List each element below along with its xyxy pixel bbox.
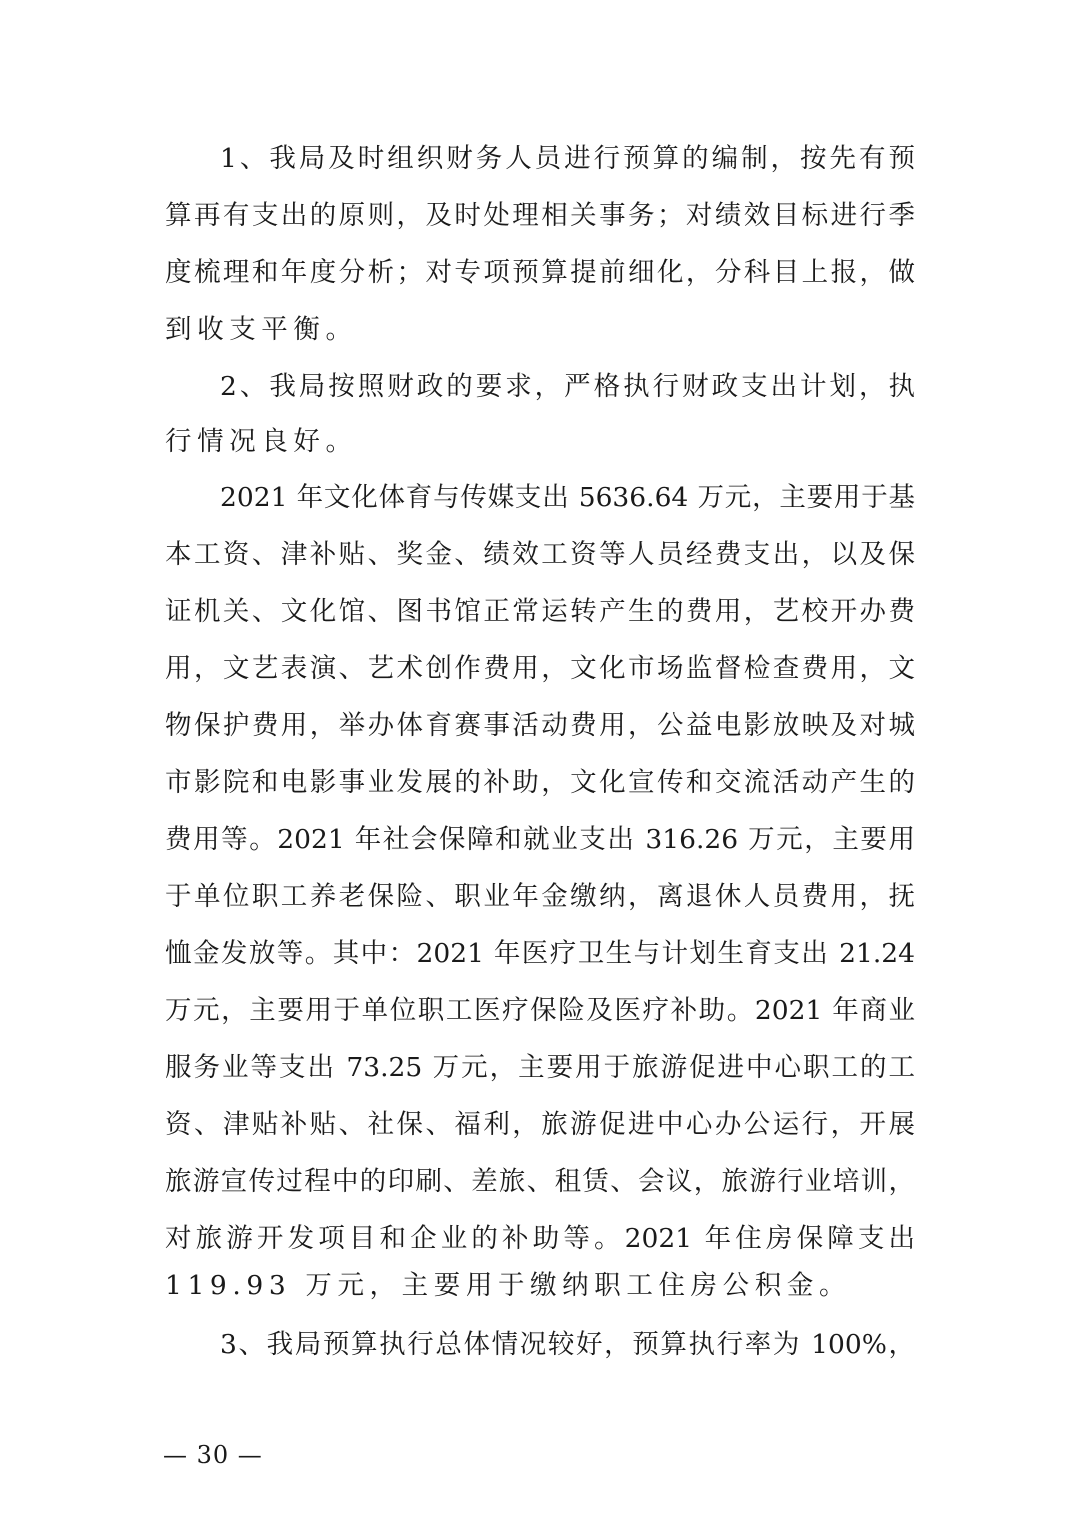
document-page: 1、我局及时组织财务人员进行预算的编制，按先有预 算再有支出的原则，及时处理相关… <box>0 0 1074 1520</box>
paragraph-3-line-9: 恤金发放等。其中：2021 年医疗卫生与计划生育支出 21.24 <box>165 934 915 974</box>
paragraph-3-line-13: 旅游宣传过程中的印刷、差旅、租赁、会议，旅游行业培训， <box>165 1162 915 1202</box>
paragraph-3-line-6: 市影院和电影事业发展的补助，文化宣传和交流活动产生的 <box>165 763 915 803</box>
paragraph-3-line-8: 于单位职工养老保险、职业年金缴纳，离退休人员费用，抚 <box>165 877 915 917</box>
paragraph-1-line-3: 度梳理和年度分析；对专项预算提前细化，分科目上报，做 <box>165 253 915 293</box>
paragraph-2-line-1: 2、我局按照财政的要求，严格执行财政支出计划，执 <box>220 367 915 407</box>
paragraph-3-line-11: 服务业等支出 73.25 万元，主要用于旅游促进中心职工的工 <box>165 1048 915 1088</box>
paragraph-3-line-1: 2021 年文化体育与传媒支出 5636.64 万元，主要用于基 <box>220 478 915 518</box>
paragraph-3-line-12: 资、津贴补贴、社保、福利，旅游促进中心办公运行，开展 <box>165 1105 915 1145</box>
paragraph-3-line-15: 119.93 万元，主要用于缴纳职工住房公积金。 <box>165 1266 915 1306</box>
paragraph-3-line-2: 本工资、津补贴、奖金、绩效工资等人员经费支出，以及保 <box>165 535 915 575</box>
paragraph-1-line-4: 到收支平衡。 <box>165 310 915 350</box>
paragraph-1-line-1: 1、我局及时组织财务人员进行预算的编制，按先有预 <box>220 139 915 179</box>
page-number: — 30 — <box>163 1437 263 1473</box>
paragraph-3-line-4: 用，文艺表演、艺术创作费用，文化市场监督检查费用，文 <box>165 649 915 689</box>
paragraph-3-line-7: 费用等。2021 年社会保障和就业支出 316.26 万元，主要用 <box>165 820 915 860</box>
paragraph-3-line-14: 对旅游开发项目和企业的补助等。2021 年住房保障支出 <box>165 1219 915 1259</box>
paragraph-3-line-10: 万元，主要用于单位职工医疗保险及医疗补助。2021 年商业 <box>165 991 915 1031</box>
paragraph-1-line-2: 算再有支出的原则，及时处理相关事务；对绩效目标进行季 <box>165 196 915 236</box>
paragraph-3-line-3: 证机关、文化馆、图书馆正常运转产生的费用，艺校开办费 <box>165 592 915 632</box>
paragraph-3-line-5: 物保护费用，举办体育赛事活动费用，公益电影放映及对城 <box>165 706 915 746</box>
paragraph-2-line-2: 行情况良好。 <box>165 422 915 462</box>
paragraph-4-line-1: 3、我局预算执行总体情况较好，预算执行率为 100%， <box>220 1325 915 1365</box>
